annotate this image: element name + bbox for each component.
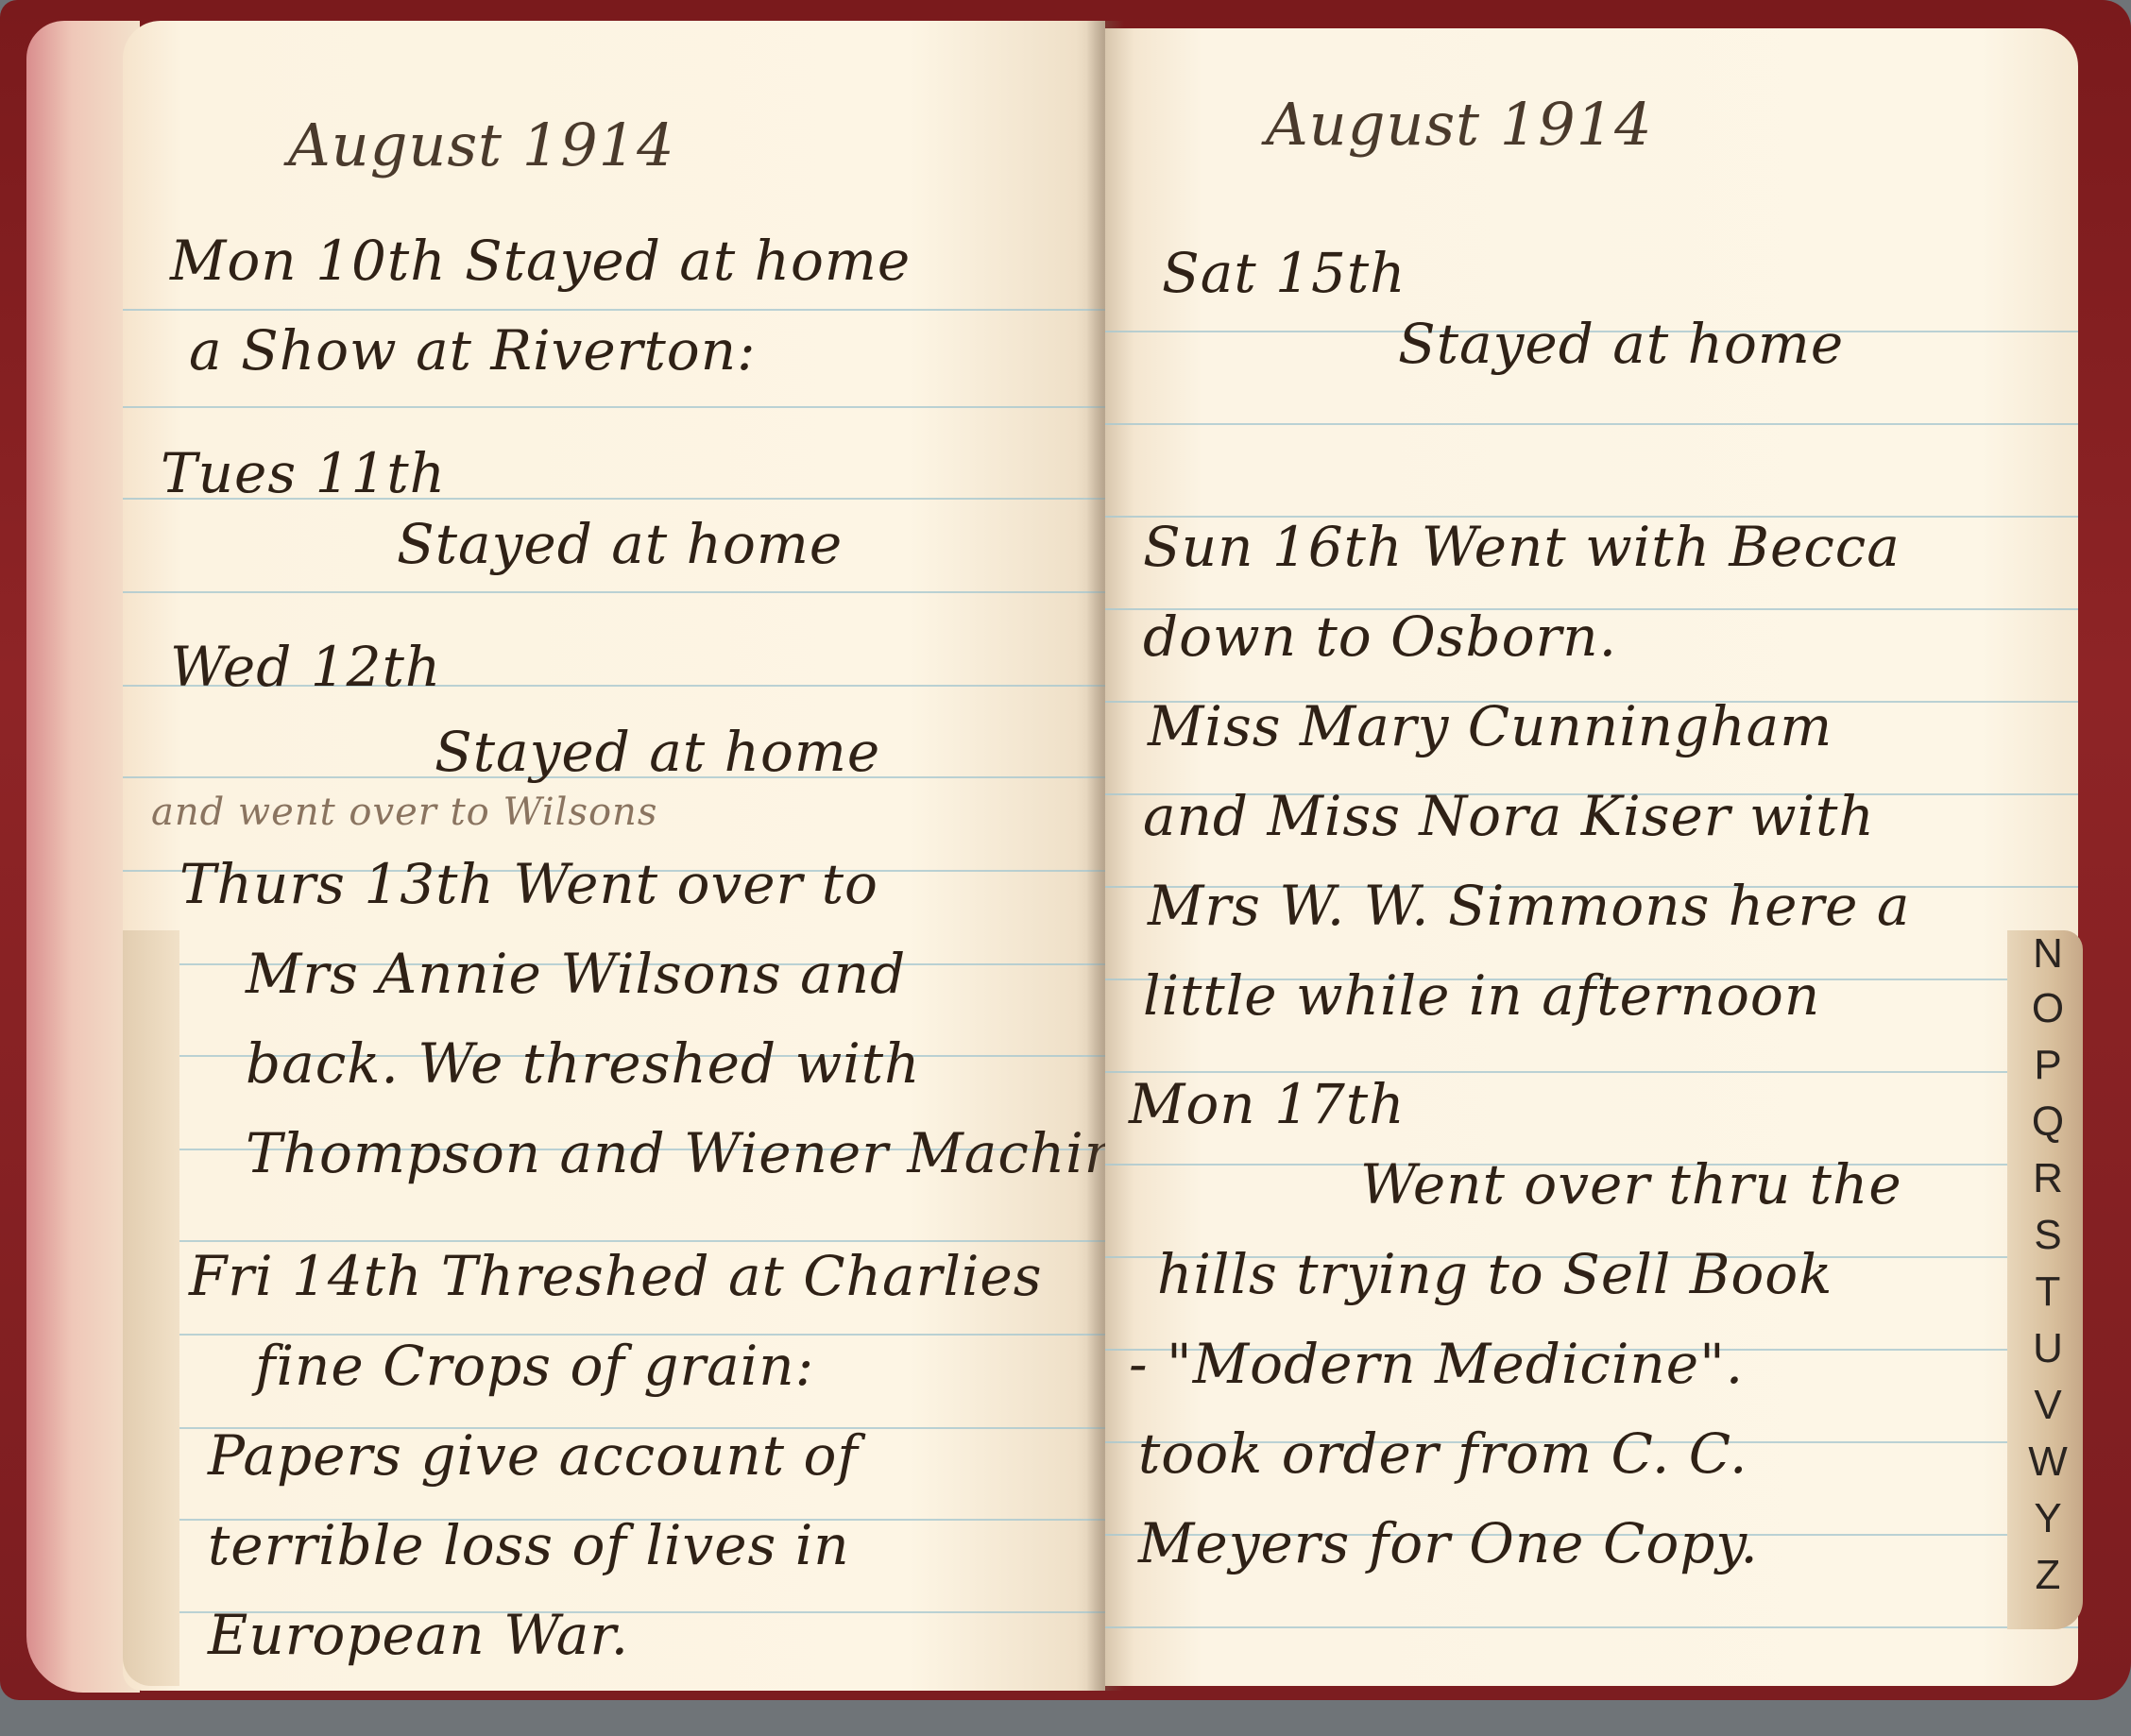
entry-tues-11-text: Stayed at home <box>397 512 843 576</box>
index-tab-y[interactable]: Y <box>2024 1495 2071 1542</box>
index-tab-o[interactable]: O <box>2024 985 2071 1032</box>
alphabet-index-tabs: N O P Q R S T U V W Y Z <box>2007 930 2083 1629</box>
entry-thurs-13-line4: Thompson and Wiener Machine <box>246 1121 1105 1185</box>
entry-fri-14-line1: Fri 14th Threshed at Charlies <box>189 1244 1043 1308</box>
entry-thurs-13-line2: Mrs Annie Wilsons and <box>246 942 906 1006</box>
entry-thurs-13-line3: back. We threshed with <box>246 1031 920 1096</box>
ruled-line <box>123 591 1105 593</box>
entry-mon-17-line1: Went over thru the <box>1360 1152 1902 1217</box>
index-tab-v[interactable]: V <box>2024 1382 2071 1429</box>
entry-sun-16-line1: Sun 16th Went with Becca <box>1143 515 1901 579</box>
left-page: August 1914 Mon 10th Stayed at home a Sh… <box>123 21 1105 1691</box>
ruled-line <box>1105 1626 2078 1628</box>
ruled-line <box>123 309 1105 311</box>
entry-sat-15-text: Stayed at home <box>1398 312 1844 376</box>
index-tab-s[interactable]: S <box>2024 1212 2071 1259</box>
entry-sun-16-line3: Miss Mary Cunningham <box>1148 694 1833 758</box>
entry-wed-12-note: and went over to Wilsons <box>151 791 657 834</box>
entry-sun-16-line5: Mrs W. W. Simmons here a <box>1148 874 1911 938</box>
entry-fri-14-line3: Papers give account of <box>208 1423 859 1488</box>
index-tab-t[interactable]: T <box>2024 1268 2071 1316</box>
index-tab-p[interactable]: P <box>2024 1042 2071 1089</box>
ruled-line <box>123 1240 1105 1242</box>
entry-fri-14-line2: fine Crops of grain: <box>255 1334 814 1398</box>
entry-sun-16-line2: down to Osborn. <box>1143 604 1617 669</box>
entry-mon-17-line2: hills trying to Sell Book <box>1157 1242 1833 1306</box>
entry-sun-16-line6: little while in afternoon <box>1143 963 1820 1028</box>
index-tab-q[interactable]: Q <box>2024 1098 2071 1146</box>
right-page: August 1914 Sat 15th Stayed at home Sun … <box>1105 28 2078 1686</box>
entry-sat-15-day: Sat 15th <box>1162 241 1406 305</box>
ruled-line <box>123 406 1105 408</box>
index-tab-r[interactable]: R <box>2024 1155 2071 1202</box>
ruled-line <box>1105 423 2078 425</box>
entry-mon-10-line2: a Show at Riverton: <box>189 318 757 383</box>
entry-wed-12-text: Stayed at home <box>435 720 880 784</box>
entry-fri-14-line4: terrible loss of lives in <box>208 1513 850 1577</box>
index-tab-w[interactable]: W <box>2024 1438 2071 1486</box>
index-tab-z[interactable]: Z <box>2024 1552 2071 1599</box>
entry-wed-12-day: Wed 12th <box>170 635 441 699</box>
page-edge-notch <box>123 930 179 1686</box>
entry-fri-14-line5: European War. <box>208 1603 629 1667</box>
page-header-date: August 1914 <box>288 111 675 179</box>
page-header-date: August 1914 <box>1266 90 1653 159</box>
entry-tues-11-day: Tues 11th <box>161 441 446 505</box>
entry-sun-16-line4: and Miss Nora Kiser with <box>1143 784 1875 848</box>
index-tab-n[interactable]: N <box>2024 930 2071 978</box>
entry-thurs-13-line1: Thurs 13th Went over to <box>179 852 878 916</box>
entry-mon-17-line3: - "Modern Medicine". <box>1129 1332 1744 1396</box>
entry-mon-17-line4: took order from C. C. <box>1138 1421 1747 1486</box>
entry-mon-10-line1: Mon 10th Stayed at home <box>170 229 911 293</box>
index-tab-u[interactable]: U <box>2024 1325 2071 1372</box>
entry-mon-17-day: Mon 17th <box>1129 1072 1406 1136</box>
entry-mon-17-line5: Meyers for One Copy. <box>1138 1511 1759 1575</box>
